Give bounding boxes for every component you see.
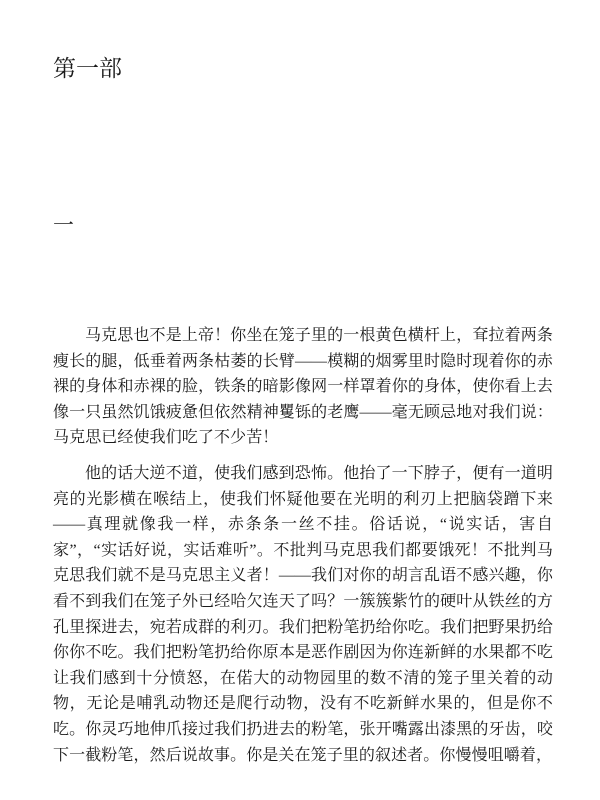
paragraph: 他的话大逆不道，使我们感到恐怖。他抬了一下脖子，便有一道明亮的光影横在喉结上，使… [53, 461, 553, 768]
part-title: 第一部 [53, 54, 122, 84]
paragraph: 马克思也不是上帝！你坐在笼子里的一根黄色横杆上，耷拉着两条瘦长的腿，低垂着两条枯… [53, 323, 553, 451]
chapter-title: 一 [53, 210, 74, 240]
document-page: 第一部 一 马克思也不是上帝！你坐在笼子里的一根黄色横杆上，耷拉着两条瘦长的腿，… [0, 0, 600, 800]
body-text: 马克思也不是上帝！你坐在笼子里的一根黄色横杆上，耷拉着两条瘦长的腿，低垂着两条枯… [53, 323, 553, 778]
